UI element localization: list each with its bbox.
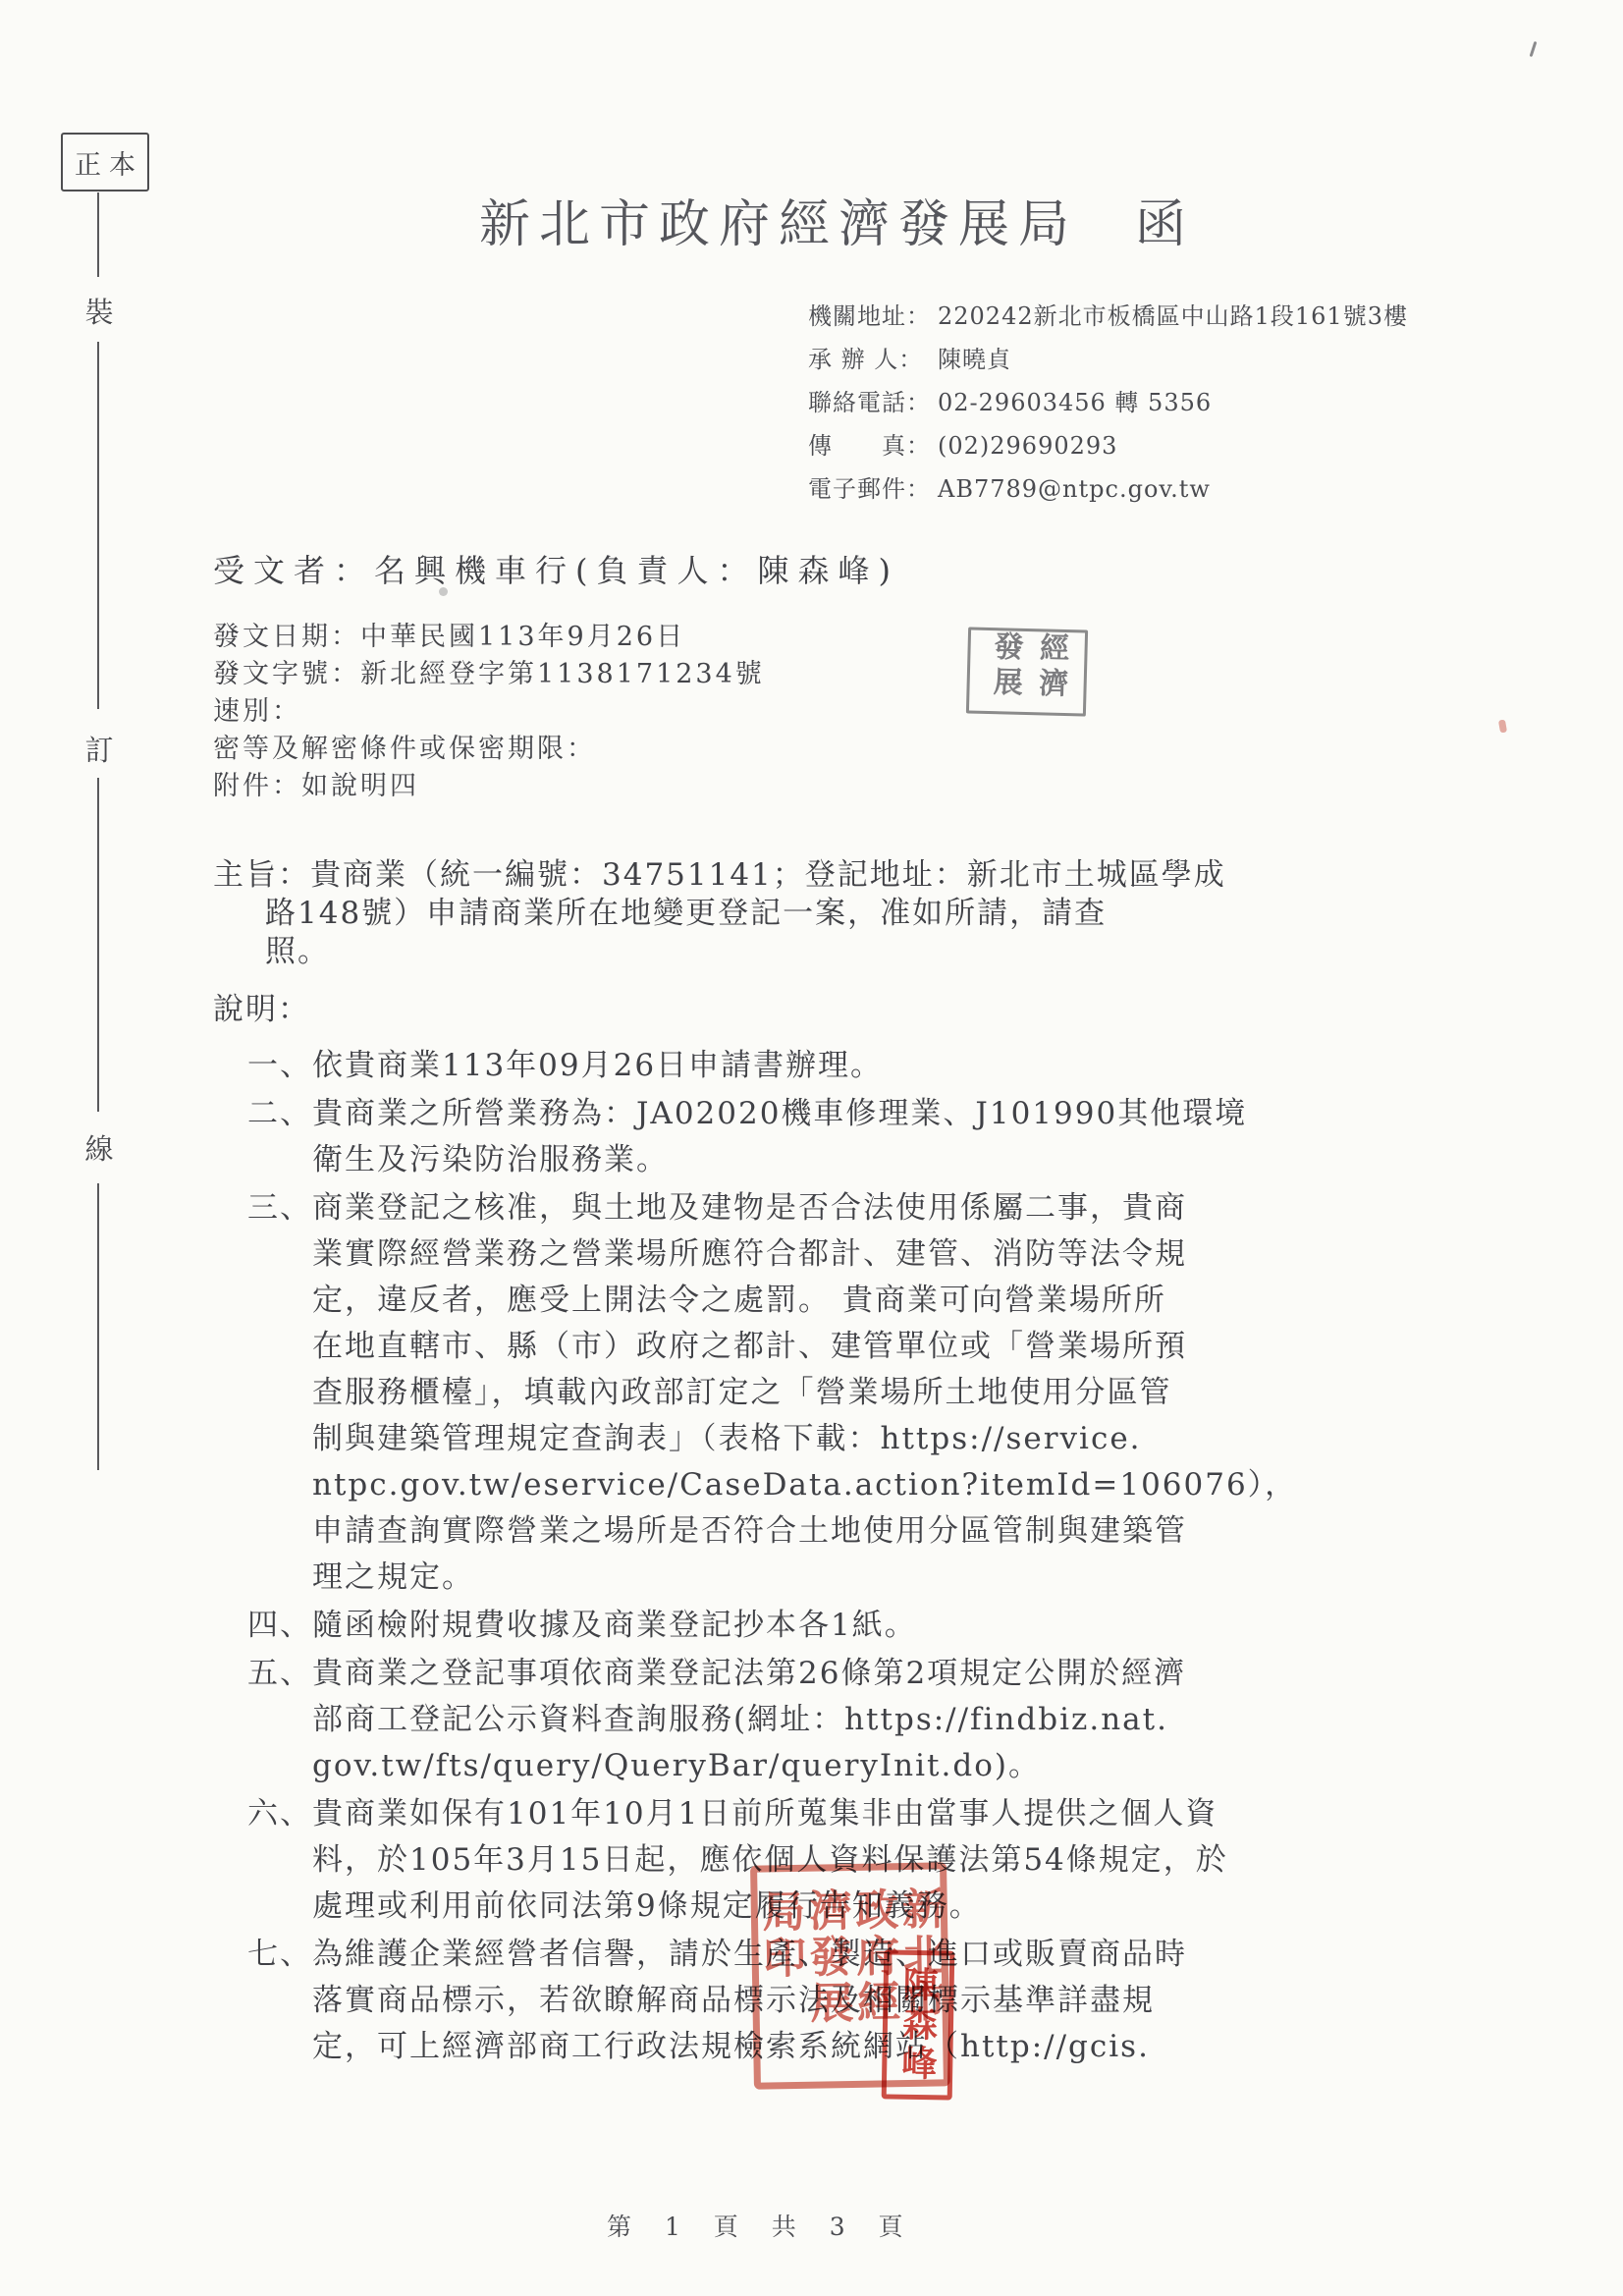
binding-line-segment	[97, 1183, 99, 1470]
scan-artifact	[439, 587, 448, 596]
contact-row-phone: 聯絡電話：02-29603456 轉 5356	[808, 381, 1408, 424]
contact-value: 220242新北市板橋區中山路1段161號3樓	[938, 302, 1408, 330]
document-title: 新北市政府經濟發展局 函	[479, 183, 1195, 256]
name-seal-text: 陳森峰	[892, 1966, 944, 2085]
contact-label: 電子郵件：	[808, 467, 938, 511]
explanation-item-3: 三、商業登記之核准，與土地及建物是否合法使用係屬二事，貴商 業實際經營業務之營業…	[247, 1185, 1406, 1601]
scan-artifact	[1498, 719, 1507, 733]
contact-row-fax: 傳 真：(02)29690293	[808, 424, 1408, 467]
binding-label-zhuang: 裝	[82, 291, 116, 331]
contact-value: (02)29690293	[938, 432, 1117, 460]
contact-label: 承 辦 人：	[808, 338, 938, 381]
contact-label: 聯絡電話：	[808, 381, 938, 424]
contact-block: 機關地址：220242新北市板橋區中山路1段161號3樓 承 辦 人：陳曉貞 聯…	[808, 295, 1408, 511]
contact-label: 傳 真：	[808, 424, 938, 467]
explanation-item-5: 五、貴商業之登記事項依商業登記法第26條第2項規定公開於經濟 部商工登記公示資料…	[247, 1651, 1406, 1789]
explanation-item-4: 四、隨函檢附規費收據及商業登記抄本各1紙。	[247, 1603, 1406, 1649]
name-seal-stamp: 陳森峰	[882, 1949, 955, 2100]
page-number-footer: 第 1 頁 共 3 頁	[607, 2208, 909, 2243]
contact-value: 02-29603456 轉 5356	[938, 389, 1212, 416]
agency-name: 新北市政府經濟發展局	[479, 183, 1078, 256]
copy-type-box: 正本	[61, 133, 149, 191]
explanation-item-2: 二、貴商業之所營業務為：JA02020機車修理業、J101990其他環境 衛生及…	[247, 1091, 1406, 1183]
scanned-official-letter: { "header": { "copy_label": "正本", "agenc…	[0, 0, 1623, 2296]
contact-value: 陳曉貞	[938, 346, 1011, 373]
recipient-line: 受文者：名興機車行(負責人：陳森峰)	[213, 546, 899, 591]
explanation-heading: 說明：	[213, 984, 310, 1028]
contact-label: 機關地址：	[808, 295, 938, 338]
gray-seal-text: 經濟發展	[980, 630, 1073, 713]
copy-type-label: 正本	[75, 143, 143, 182]
binding-line-segment	[97, 192, 99, 277]
contact-row-officer: 承 辦 人：陳曉貞	[808, 338, 1408, 381]
meta-block: 發文日期：中華民國113年9月26日 發文字號：新北經登字第1138171234…	[213, 619, 765, 805]
explanation-item-1: 一、依貴商業113年09月26日申請書辦理。	[247, 1043, 1406, 1089]
subject-paragraph: 主旨：貴商業（統一編號：34751141；登記地址：新北市土城區學成 路148號…	[213, 856, 1394, 971]
contact-row-address: 機關地址：220242新北市板橋區中山路1段161號3樓	[808, 295, 1408, 338]
scan-artifact	[1530, 41, 1538, 57]
gray-seal-stamp: 經濟發展	[966, 627, 1088, 716]
contact-row-email: 電子郵件：AB7789@ntpc.gov.tw	[808, 467, 1408, 511]
document-type: 函	[1135, 183, 1195, 256]
binding-line-segment	[97, 778, 99, 1112]
binding-label-xian: 線	[82, 1127, 116, 1168]
contact-value: AB7789@ntpc.gov.tw	[938, 475, 1211, 503]
binding-label-ding: 訂	[82, 729, 116, 769]
binding-line-segment	[97, 342, 99, 709]
